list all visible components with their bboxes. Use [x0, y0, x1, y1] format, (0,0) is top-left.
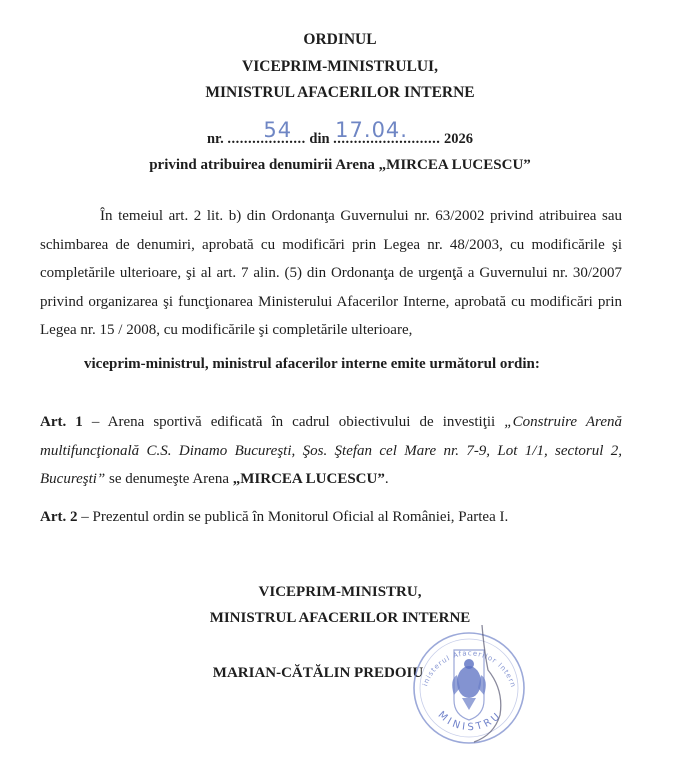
handwritten-number: 54	[263, 118, 292, 142]
signature-title-2: MINISTRUL AFACERILOR INTERNE	[0, 610, 680, 627]
document-page: ORDINUL VICEPRIM-MINISTRULUI, MINISTRUL …	[0, 0, 700, 774]
arena-name: „MIRCEA LUCESCU”	[233, 471, 385, 487]
title-issuer: VICEPRIM-MINISTRULUI,	[0, 58, 680, 76]
official-stamp-icon: Ministerul Afacerilor Interne MINISTRU	[404, 620, 534, 750]
article-1-label: Art. 1	[40, 414, 83, 430]
title-ordinul: ORDINUL	[0, 31, 680, 49]
preamble-paragraph: În temeiul art. 2 lit. b) din Ordonanţa …	[40, 202, 622, 345]
nr-label: nr.	[207, 131, 224, 147]
date-field: ..........................17.04.	[333, 131, 440, 147]
title-ministry: MINISTRUL AFACERILOR INTERNE	[0, 84, 680, 102]
year: 2026	[444, 131, 473, 147]
signature-title-1: VICEPRIM-MINISTRU,	[0, 584, 680, 601]
article-1: Art. 1 – Arena sportivă edificată în cad…	[40, 408, 622, 494]
din-label: din	[309, 131, 329, 147]
article-2-label: Art. 2	[40, 509, 78, 525]
nr-field: ...................54	[227, 131, 305, 147]
issuing-statement: viceprim-ministrul, ministrul afacerilor…	[84, 356, 540, 373]
order-number-line: nr. ...................54 din ..........…	[0, 131, 680, 148]
handwritten-date: 17.04.	[335, 118, 408, 142]
signatory-name: MARIAN-CĂTĂLIN PREDOIU	[0, 665, 658, 682]
article-2: Art. 2 – Prezentul ordin se publică în M…	[40, 509, 508, 526]
order-subject: privind atribuirea denumirii Arena „MIRC…	[0, 157, 680, 174]
